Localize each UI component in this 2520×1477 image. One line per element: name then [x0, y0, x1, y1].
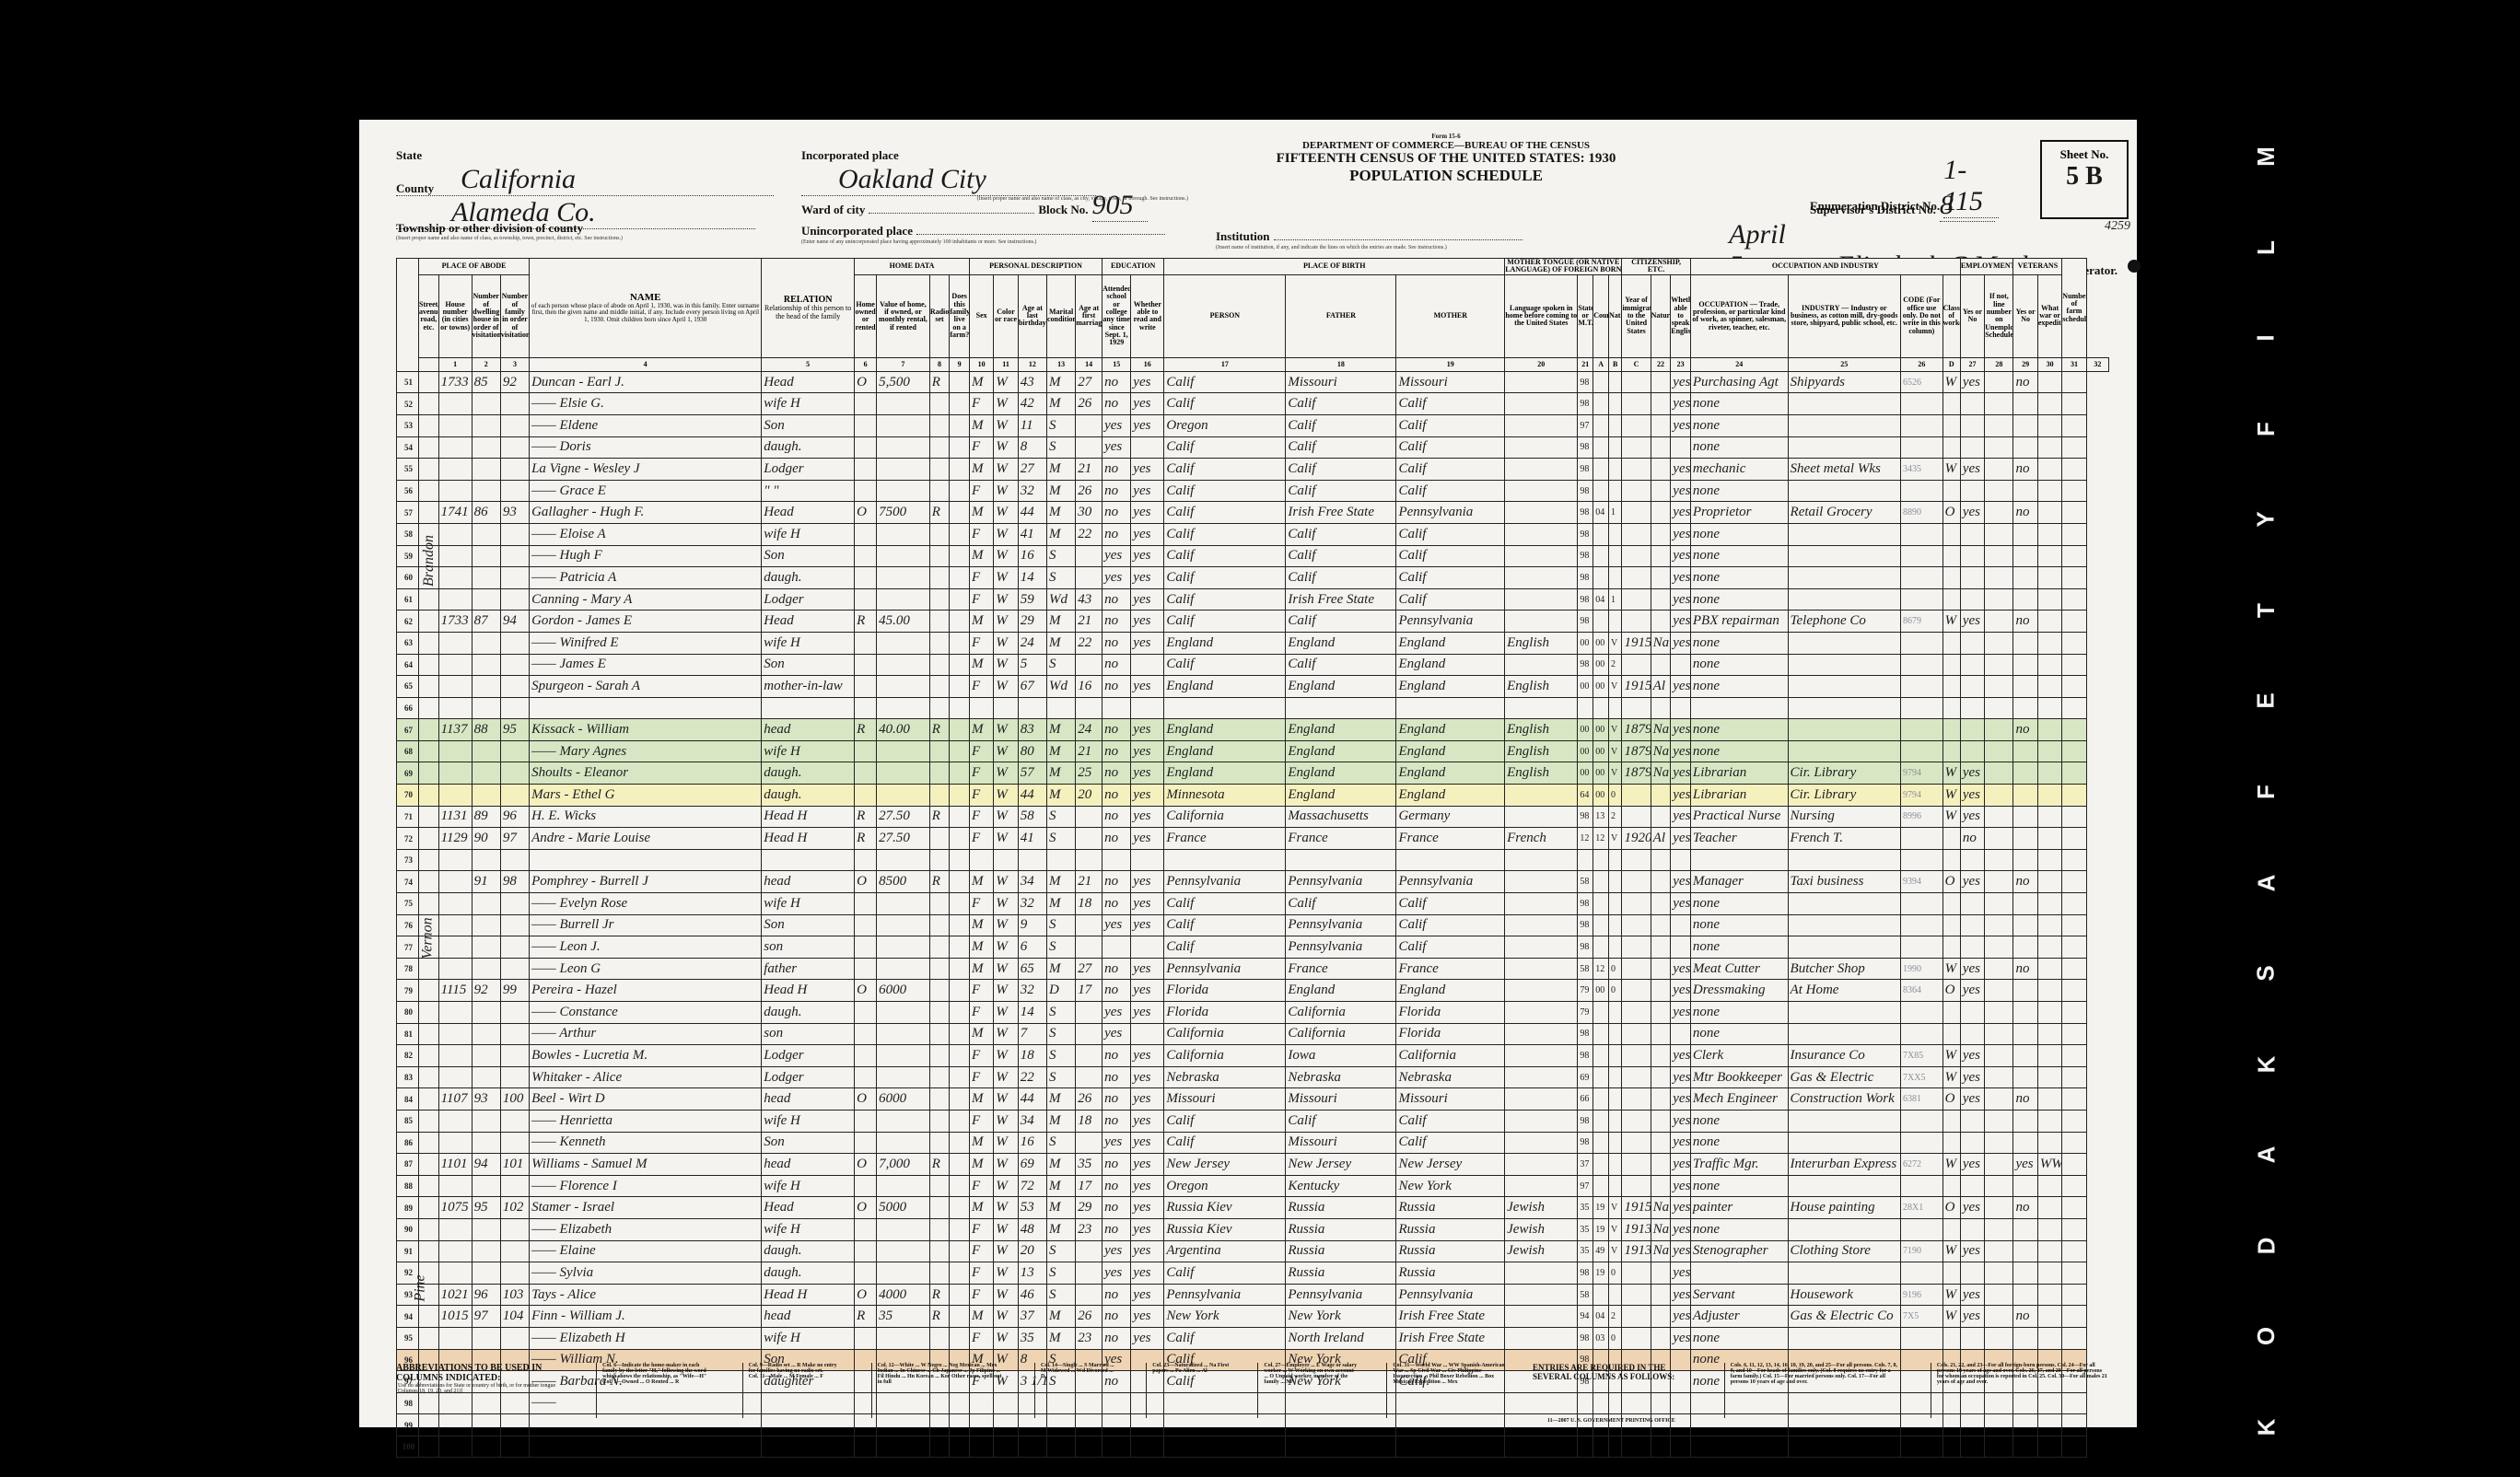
cell-pob-father: New York [1286, 1306, 1396, 1328]
cell-age-marr: 17 [1076, 1175, 1102, 1197]
cell-lang [1505, 1110, 1578, 1132]
cell-pob: Calif [1164, 459, 1286, 481]
census-row: 60—— Patricia Adaugh.FW14SyesyesCalifCal… [397, 567, 2109, 589]
cell-read: yes [1131, 1240, 1164, 1262]
cell-race: W [994, 1045, 1018, 1067]
cell-house [438, 436, 472, 459]
cell-dwelling [472, 1218, 500, 1240]
cell-occupation: none [1690, 1218, 1788, 1240]
census-row: 85—— Henriettawife HFW34M18noyesCalifCal… [397, 1110, 2109, 1132]
cell-radio [929, 654, 950, 676]
cell-english: yes [1671, 502, 1691, 524]
cell-lang [1505, 611, 1578, 633]
column-number: 21 [1578, 357, 1593, 371]
cell-vet [2013, 1436, 2037, 1458]
cell-immig [1622, 849, 1651, 871]
cell-farm [950, 1088, 970, 1111]
cell-pob-mother: Russia [1396, 1218, 1505, 1240]
cell-name: —— Patricia A [530, 567, 762, 589]
line-number: 54 [397, 436, 419, 459]
cell-immig [1622, 545, 1651, 567]
cell-unemp [1985, 719, 2013, 741]
cell-pob-mother: England [1396, 785, 1505, 807]
cell-age: 16 [1018, 545, 1046, 567]
cell-farm [950, 371, 970, 393]
cell-class: W [1942, 1154, 1960, 1176]
cell-school: no [1102, 1218, 1131, 1240]
cell-unemp [1985, 893, 2013, 915]
cell-work [1960, 480, 1984, 502]
line-number: 84 [397, 1088, 419, 1111]
cell-street [419, 697, 439, 719]
cell-class [1942, 1023, 1960, 1045]
cell-farm [950, 480, 970, 502]
cell-natur [1651, 436, 1671, 459]
cell-cB: 13 [1593, 806, 1609, 828]
header-read-write: Whether able to read and write [1131, 274, 1164, 357]
cell-age-marr: 43 [1076, 588, 1102, 611]
cell-pob-father: Pennsylvania [1286, 1284, 1396, 1306]
cell-name: —— Leon J. [530, 936, 762, 959]
cell-house [438, 914, 472, 936]
cell-cA: 58 [1578, 1284, 1593, 1306]
cell-pob-mother: Florida [1396, 1002, 1505, 1024]
cell-unemp [1985, 632, 2013, 654]
cell-pob: Florida [1164, 1002, 1286, 1024]
cell-radio [929, 1045, 950, 1067]
cell-sex: M [969, 371, 993, 393]
cell-cB [1593, 567, 1609, 589]
cell-cA: 58 [1578, 958, 1593, 980]
cell-school: yes [1102, 914, 1131, 936]
cell-codeD [1901, 893, 1943, 915]
cell-cA: 64 [1578, 785, 1593, 807]
form-number: Form 15-6 [1216, 133, 1676, 140]
cell-farm-sched [2062, 1284, 2086, 1306]
cell-unemp [1985, 502, 2013, 524]
cell-natur [1651, 1262, 1671, 1285]
cell-pob-mother: England [1396, 676, 1505, 698]
cell-war [2037, 1023, 2061, 1045]
cell-industry [1788, 1436, 1900, 1458]
cell-street [419, 611, 439, 633]
cell-value [877, 1436, 930, 1458]
cell-cA: 35 [1578, 1240, 1593, 1262]
cell-sex: F [969, 1002, 993, 1024]
cell-family [500, 567, 529, 589]
cell-school: no [1102, 459, 1131, 481]
cell-war [2037, 1045, 2061, 1067]
cell-sex: M [969, 414, 993, 436]
cell-relation: Head H [762, 980, 855, 1002]
cell-house [438, 958, 472, 980]
column-number: 11 [994, 357, 1018, 371]
cell-pob: France [1164, 828, 1286, 850]
cell-farm-sched [2062, 393, 2086, 415]
line-number: 62 [397, 611, 419, 633]
line-number: 65 [397, 676, 419, 698]
cell-vet [2013, 849, 2037, 871]
cell-war [2037, 1175, 2061, 1197]
cell-sex: M [969, 459, 993, 481]
cell-family [500, 893, 529, 915]
cell-street [419, 632, 439, 654]
cell-occupation: Teacher [1690, 828, 1788, 850]
line-number: 67 [397, 719, 419, 741]
cell-farm [950, 1045, 970, 1067]
cell-age: 34 [1018, 871, 1046, 893]
cell-class [1942, 588, 1960, 611]
cell-age-marr: 27 [1076, 371, 1102, 393]
cell-cC: V [1608, 828, 1621, 850]
cell-pob-father: England [1286, 740, 1396, 762]
cell-english [1671, 849, 1691, 871]
cell-cA: 79 [1578, 1002, 1593, 1024]
cell-war [2037, 893, 2061, 915]
cell-immig [1622, 914, 1651, 936]
cell-family [500, 1218, 529, 1240]
cell-industry [1788, 893, 1900, 915]
cell-owned [855, 654, 877, 676]
cell-street [419, 785, 439, 807]
cell-occupation: Manager [1690, 871, 1788, 893]
cell-age-marr: 16 [1076, 676, 1102, 698]
header-marital: Marital condition [1046, 274, 1075, 357]
cell-house [438, 762, 472, 785]
cell-age-marr: 26 [1076, 480, 1102, 502]
line-number: 94 [397, 1306, 419, 1328]
cell-radio [929, 611, 950, 633]
cell-marital: M [1046, 785, 1075, 807]
cell-lang: French [1505, 828, 1578, 850]
cell-marital: M [1046, 523, 1075, 545]
cell-work [1960, 588, 1984, 611]
cell-industry [1788, 1327, 1900, 1349]
cell-pob-mother: Calif [1396, 459, 1505, 481]
cell-radio [929, 523, 950, 545]
cell-war [2037, 371, 2061, 393]
cell-farm-sched [2062, 806, 2086, 828]
cell-war [2037, 1240, 2061, 1262]
cell-occupation: Dressmaking [1690, 980, 1788, 1002]
cell-house [438, 1002, 472, 1024]
abbrev-col6-7: Col. 6—Indicate the home-maker in each f… [596, 1363, 715, 1418]
cell-dwelling: 97 [472, 1306, 500, 1328]
cell-cA: 98 [1578, 1023, 1593, 1045]
cell-race: W [994, 936, 1018, 959]
cell-natur [1651, 588, 1671, 611]
cell-pob: England [1164, 676, 1286, 698]
cell-relation: daugh. [762, 762, 855, 785]
cell-immig [1622, 1132, 1651, 1154]
cell-pob: New York [1164, 1306, 1286, 1328]
cell-cA: 98 [1578, 480, 1593, 502]
cell-owned: R [855, 1306, 877, 1328]
cell-marital: M [1046, 1088, 1075, 1111]
line-number: 75 [397, 893, 419, 915]
cell-vet [2013, 393, 2037, 415]
line-number: 51 [397, 371, 419, 393]
cell-work: yes [1960, 502, 1984, 524]
cell-read [1131, 849, 1164, 871]
cell-pob-mother: New York [1396, 1175, 1505, 1197]
cell-codeD [1901, 414, 1943, 436]
cell-vet [2013, 676, 2037, 698]
group-place-of-birth: PLACE OF BIRTH [1164, 259, 1505, 275]
cell-immig [1622, 459, 1651, 481]
cell-street [419, 893, 439, 915]
cell-pob-mother: France [1396, 828, 1505, 850]
cell-marital: S [1046, 436, 1075, 459]
column-number: 8 [929, 357, 950, 371]
cell-read: yes [1131, 806, 1164, 828]
cell-street [419, 1197, 439, 1219]
cell-age-marr [1076, 1023, 1102, 1045]
cell-farm-sched [2062, 1218, 2086, 1240]
cell-cA: 94 [1578, 1306, 1593, 1328]
cell-sex [969, 1436, 993, 1458]
cell-lang [1505, 414, 1578, 436]
cell-name: —— Elizabeth H [530, 1327, 762, 1349]
cell-farm [950, 545, 970, 567]
township-note: (Insert proper name and also name of cla… [396, 236, 783, 241]
cell-unemp [1985, 654, 2013, 676]
cell-street [419, 1240, 439, 1262]
cell-pob: England [1164, 719, 1286, 741]
cell-farm-sched [2062, 719, 2086, 741]
cell-cB [1593, 1066, 1609, 1088]
cell-school: no [1102, 719, 1131, 741]
cell-sex: F [969, 980, 993, 1002]
header-pob-mother: MOTHER [1396, 274, 1505, 357]
cell-radio: R [929, 719, 950, 741]
cell-cB [1593, 1284, 1609, 1306]
cell-relation: Head [762, 1197, 855, 1219]
cell-vet [2013, 523, 2037, 545]
cell-read: yes [1131, 958, 1164, 980]
cell-family: 98 [500, 871, 529, 893]
cell-read: yes [1131, 914, 1164, 936]
cell-name: —— Elsie G. [530, 393, 762, 415]
cell-farm [950, 914, 970, 936]
cell-house [438, 414, 472, 436]
cell-unemp [1985, 1132, 2013, 1154]
cell-school: no [1102, 1175, 1131, 1197]
cell-dwelling [472, 697, 500, 719]
cell-class: W [1942, 806, 1960, 828]
cell-english: yes [1671, 1218, 1691, 1240]
cell-school: no [1102, 1066, 1131, 1088]
cell-relation: wife H [762, 1218, 855, 1240]
cell-radio [929, 414, 950, 436]
cell-pob: Calif [1164, 436, 1286, 459]
street-annotation-3: Pine [413, 1274, 429, 1301]
cell-class: W [1942, 1066, 1960, 1088]
cell-age [1018, 697, 1046, 719]
cell-natur [1651, 1132, 1671, 1154]
cell-relation: head [762, 719, 855, 741]
cell-unemp [1985, 1023, 2013, 1045]
cell-house [438, 632, 472, 654]
cell-class [1942, 828, 1960, 850]
cell-occupation: none [1690, 414, 1788, 436]
census-row: 75—— Evelyn Rosewife HFW32M18noyesCalifC… [397, 893, 2109, 915]
cell-farm-sched [2062, 1175, 2086, 1197]
cell-natur [1651, 980, 1671, 1002]
cell-sex: M [969, 719, 993, 741]
cell-radio [929, 480, 950, 502]
cell-sex: M [969, 958, 993, 980]
cell-lang [1505, 893, 1578, 915]
cell-war [2037, 545, 2061, 567]
cell-english: yes [1671, 523, 1691, 545]
cell-english: yes [1671, 1262, 1691, 1285]
cell-occupation: Practical Nurse [1690, 806, 1788, 828]
cell-english: yes [1671, 785, 1691, 807]
cell-school: no [1102, 371, 1131, 393]
cell-codeD [1901, 588, 1943, 611]
cell-house [438, 567, 472, 589]
institution-note: (Insert name of institution, if any, and… [1216, 245, 1529, 250]
cell-unemp [1985, 1327, 2013, 1349]
cell-radio [929, 849, 950, 871]
line-number: 81 [397, 1023, 419, 1045]
cell-sex: F [969, 1066, 993, 1088]
cell-read: yes [1131, 1175, 1164, 1197]
cell-marital: S [1046, 806, 1075, 828]
cell-name: —— Kenneth [530, 1132, 762, 1154]
cell-pob-father: France [1286, 828, 1396, 850]
column-number: 12 [1018, 357, 1046, 371]
cell-lang [1505, 1132, 1578, 1154]
cell-radio: R [929, 502, 950, 524]
line-number: 55 [397, 459, 419, 481]
cell-marital: M [1046, 1110, 1075, 1132]
cell-vet [2013, 480, 2037, 502]
cell-class [1942, 414, 1960, 436]
group-mother-tongue: MOTHER TONGUE (OR NATIVE LANGUAGE) OF FO… [1505, 259, 1622, 275]
cell-cB [1593, 523, 1609, 545]
cell-age-marr [1076, 1066, 1102, 1088]
cell-vet [2013, 1218, 2037, 1240]
cell-dwelling [472, 588, 500, 611]
cell-sex [969, 849, 993, 871]
cell-industry [1788, 414, 1900, 436]
cell-read: yes [1131, 1045, 1164, 1067]
cell-value [877, 936, 930, 959]
cell-pob-father: Calif [1286, 393, 1396, 415]
cell-relation: head [762, 1154, 855, 1176]
cell-read [1131, 697, 1164, 719]
cell-pob-mother: Calif [1396, 1110, 1505, 1132]
cell-natur [1651, 567, 1671, 589]
cell-lang [1505, 436, 1578, 459]
cell-school: no [1102, 1306, 1131, 1328]
cell-farm [950, 1306, 970, 1328]
cell-age-marr: 21 [1076, 871, 1102, 893]
cell-relation: Son [762, 414, 855, 436]
cell-age-marr: 26 [1076, 1088, 1102, 1111]
cell-family [500, 1066, 529, 1088]
cell-war [2037, 1197, 2061, 1219]
department-line: DEPARTMENT OF COMMERCE—BUREAU OF THE CEN… [1216, 140, 1676, 151]
cell-name: —— Elizabeth [530, 1218, 762, 1240]
cell-age: 20 [1018, 1240, 1046, 1262]
incorporated-place-label: Incorporated place [801, 148, 899, 162]
cell-vet [2013, 1262, 2037, 1285]
cell-immig [1622, 1154, 1651, 1176]
cell-owned [855, 1023, 877, 1045]
cell-cC [1608, 436, 1621, 459]
cell-read: yes [1131, 1218, 1164, 1240]
cell-relation: wife H [762, 523, 855, 545]
cell-value [877, 654, 930, 676]
cell-read: yes [1131, 1154, 1164, 1176]
cell-industry [1788, 914, 1900, 936]
cell-war [2037, 740, 2061, 762]
cell-class [1942, 1132, 1960, 1154]
cell-age: 32 [1018, 980, 1046, 1002]
cell-war [2037, 523, 2061, 545]
cell-industry [1788, 740, 1900, 762]
cell-war [2037, 611, 2061, 633]
cell-farm [950, 936, 970, 959]
cell-read: yes [1131, 545, 1164, 567]
cell-cB [1593, 1110, 1609, 1132]
cell-natur: Na [1651, 762, 1671, 785]
cell-occupation: none [1690, 393, 1788, 415]
cell-relation: Son [762, 545, 855, 567]
column-number: 31 [2062, 357, 2086, 371]
cell-family [500, 740, 529, 762]
cell-unemp [1985, 936, 2013, 959]
cell-value: 27.50 [877, 806, 930, 828]
cell-owned: O [855, 871, 877, 893]
cell-race: W [994, 1284, 1018, 1306]
cell-school: no [1102, 523, 1131, 545]
cell-family [500, 588, 529, 611]
cell-immig [1622, 1045, 1651, 1067]
cell-marital: M [1046, 1218, 1075, 1240]
ward-value [869, 213, 1034, 214]
cell-sex: M [969, 1306, 993, 1328]
cell-vet [2013, 588, 2037, 611]
line-number-header [397, 259, 419, 372]
cell-school: no [1102, 1197, 1131, 1219]
cell-age-marr [1076, 1002, 1102, 1024]
cell-farm-sched [2062, 654, 2086, 676]
cell-pob-mother: Calif [1396, 393, 1505, 415]
cell-pob-father: Russia [1286, 1197, 1396, 1219]
cell-dwelling [472, 632, 500, 654]
line-number: 72 [397, 828, 419, 850]
cell-natur: Al [1651, 828, 1671, 850]
cell-cC: V [1608, 632, 1621, 654]
cell-age-marr [1076, 436, 1102, 459]
cell-street [419, 740, 439, 762]
cell-industry: Retail Grocery [1788, 502, 1900, 524]
cell-family [500, 1110, 529, 1132]
cell-name: Gallagher - Hugh F. [530, 502, 762, 524]
cell-english: yes [1671, 567, 1691, 589]
cell-school: no [1102, 1284, 1131, 1306]
cell-unemp [1985, 393, 2013, 415]
cell-farm [950, 459, 970, 481]
cell-vet [2013, 1110, 2037, 1132]
census-title: FIFTEENTH CENSUS OF THE UNITED STATES: 1… [1216, 151, 1676, 167]
cell-marital [1046, 697, 1075, 719]
cell-dwelling [472, 785, 500, 807]
